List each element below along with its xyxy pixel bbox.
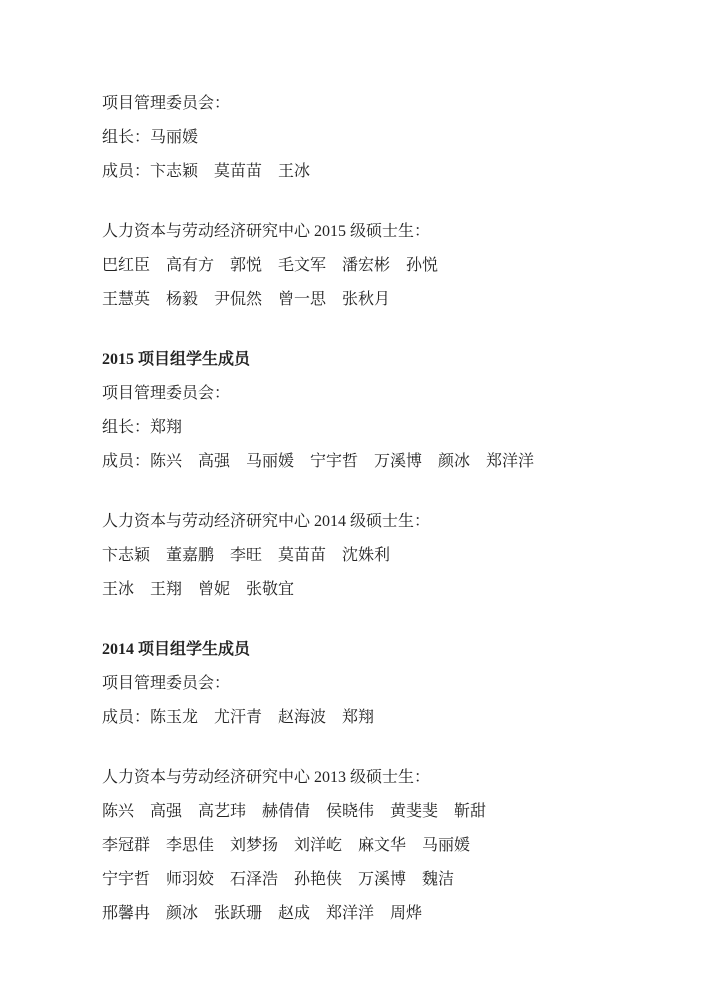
committee-title-line: 项目管理委员会： (102, 377, 662, 411)
cohort-title-text: 人力资本与劳动经济研究中心 2015 级硕士生： (102, 223, 430, 240)
section-group-2014: 2014 项目组学生成员 项目管理委员会： 成员：陈玉龙 尤汗青 赵海波 郑翔 (102, 633, 662, 735)
leader-label: 组长： (102, 419, 150, 436)
cohort-title-line: 人力资本与劳动经济研究中心 2014 级硕士生： (102, 505, 662, 539)
names-line: 王慧英 杨毅 尹侃然 曾一思 张秋月 (102, 283, 662, 317)
members-label: 成员： (102, 163, 150, 180)
document-content: 项目管理委员会： 组长：马丽媛 成员：卞志颖 莫苗苗 王冰 人力资本与劳动经济研… (102, 87, 662, 957)
committee-title-text: 项目管理委员会： (102, 675, 230, 692)
names-row: 宁宇哲 师羽姣 石泽浩 孙艳侠 万溪博 魏洁 (102, 871, 454, 888)
group-2015-heading: 2015 项目组学生成员 (102, 343, 662, 377)
cohort-title-line: 人力资本与劳动经济研究中心 2013 级硕士生： (102, 761, 662, 795)
leader-label: 组长： (102, 129, 150, 146)
members-line: 成员：陈玉龙 尤汗青 赵海波 郑翔 (102, 701, 662, 735)
section-cohort-2015: 人力资本与劳动经济研究中心 2015 级硕士生： 巴红臣 高有方 郭悦 毛文军 … (102, 215, 662, 317)
committee-title-line: 项目管理委员会： (102, 87, 662, 121)
members-label: 成员： (102, 709, 150, 726)
members-label: 成员： (102, 453, 150, 470)
names-row: 陈兴 高强 高艺玮 赫倩倩 侯晓伟 黄斐斐 靳甜 (102, 803, 486, 820)
committee-title-text: 项目管理委员会： (102, 385, 230, 402)
names-line: 宁宇哲 师羽姣 石泽浩 孙艳侠 万溪博 魏洁 (102, 863, 662, 897)
names-line: 李冠群 李思佳 刘梦扬 刘洋屹 麻文华 马丽媛 (102, 829, 662, 863)
names-row: 王冰 王翔 曾妮 张敬宜 (102, 581, 294, 598)
members-names: 陈兴 高强 马丽媛 宁宇哲 万溪博 颜冰 郑洋洋 (150, 453, 534, 470)
section-cohort-2014: 人力资本与劳动经济研究中心 2014 级硕士生： 卞志颖 董嘉鹏 李旺 莫苗苗 … (102, 505, 662, 607)
cohort-title-text: 人力资本与劳动经济研究中心 2014 级硕士生： (102, 513, 430, 530)
document-page: 项目管理委员会： 组长：马丽媛 成员：卞志颖 莫苗苗 王冰 人力资本与劳动经济研… (0, 0, 710, 1002)
names-line: 王冰 王翔 曾妮 张敬宜 (102, 573, 662, 607)
committee-title-line: 项目管理委员会： (102, 667, 662, 701)
names-row: 邢馨冉 颜冰 张跃珊 赵成 郑洋洋 周烨 (102, 905, 422, 922)
names-line: 卞志颖 董嘉鹏 李旺 莫苗苗 沈姝利 (102, 539, 662, 573)
names-line: 陈兴 高强 高艺玮 赫倩倩 侯晓伟 黄斐斐 靳甜 (102, 795, 662, 829)
names-row: 王慧英 杨毅 尹侃然 曾一思 张秋月 (102, 291, 390, 308)
leader-line: 组长：郑翔 (102, 411, 662, 445)
committee-title-text: 项目管理委员会： (102, 95, 230, 112)
section-group-2015: 2015 项目组学生成员 项目管理委员会： 组长：郑翔 成员：陈兴 高强 马丽媛… (102, 343, 662, 479)
names-row: 卞志颖 董嘉鹏 李旺 莫苗苗 沈姝利 (102, 547, 390, 564)
group-2014-heading: 2014 项目组学生成员 (102, 633, 662, 667)
cohort-title-line: 人力资本与劳动经济研究中心 2015 级硕士生： (102, 215, 662, 249)
members-line: 成员：卞志颖 莫苗苗 王冰 (102, 155, 662, 189)
leader-line: 组长：马丽媛 (102, 121, 662, 155)
members-names: 卞志颖 莫苗苗 王冰 (150, 163, 310, 180)
leader-names: 马丽媛 (150, 129, 198, 146)
section-committee-top: 项目管理委员会： 组长：马丽媛 成员：卞志颖 莫苗苗 王冰 (102, 87, 662, 189)
names-row: 李冠群 李思佳 刘梦扬 刘洋屹 麻文华 马丽媛 (102, 837, 470, 854)
leader-names: 郑翔 (150, 419, 182, 436)
members-line: 成员：陈兴 高强 马丽媛 宁宇哲 万溪博 颜冰 郑洋洋 (102, 445, 662, 479)
names-line: 巴红臣 高有方 郭悦 毛文军 潘宏彬 孙悦 (102, 249, 662, 283)
cohort-title-text: 人力资本与劳动经济研究中心 2013 级硕士生： (102, 769, 430, 786)
names-row: 巴红臣 高有方 郭悦 毛文军 潘宏彬 孙悦 (102, 257, 438, 274)
members-names: 陈玉龙 尤汗青 赵海波 郑翔 (150, 709, 374, 726)
section-cohort-2013: 人力资本与劳动经济研究中心 2013 级硕士生： 陈兴 高强 高艺玮 赫倩倩 侯… (102, 761, 662, 931)
names-line: 邢馨冉 颜冰 张跃珊 赵成 郑洋洋 周烨 (102, 897, 662, 931)
